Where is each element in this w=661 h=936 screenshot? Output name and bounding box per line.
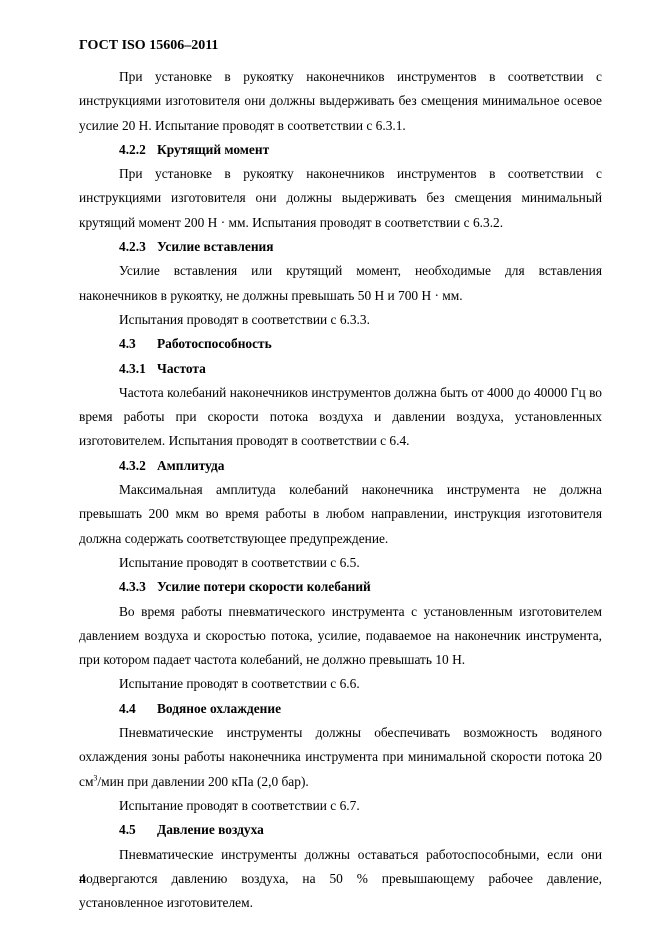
paragraph-water-cooling: Пневматические инструменты должны обеспе… <box>79 721 602 794</box>
document-header: ГОСТ ISO 15606–2011 <box>79 36 602 56</box>
paragraph: Максимальная амплитуда колебаний наконеч… <box>79 478 602 551</box>
paragraph: Частота колебаний наконечников инструмен… <box>79 381 602 454</box>
paragraph: Испытание проводят в соответствии с 6.6. <box>79 672 602 696</box>
paragraph: Испытание проводят в соответствии с 6.7. <box>79 794 602 818</box>
section-title: Амплитуда <box>157 458 224 473</box>
section-title: Работоспособность <box>157 336 272 351</box>
section-heading-4-3: 4.3Работоспособность <box>79 332 602 356</box>
section-number: 4.3 <box>119 332 157 356</box>
section-heading-4-2-3: 4.2.3Усилие вставления <box>79 235 602 259</box>
paragraph-text: Пневматические инструменты должны обеспе… <box>79 725 602 764</box>
section-number: 4.4 <box>119 697 157 721</box>
section-heading-4-2-2: 4.2.2Крутящий момент <box>79 138 602 162</box>
section-number: 4.3.1 <box>119 357 157 381</box>
section-heading-4-5: 4.5Давление воздуха <box>79 818 602 842</box>
paragraph: Во время работы пневматического инструме… <box>79 600 602 673</box>
section-heading-4-3-3: 4.3.3Усилие потери скорости колебаний <box>79 575 602 599</box>
document-page: ГОСТ ISO 15606–2011 При установке в руко… <box>79 36 602 915</box>
section-number: 4.5 <box>119 818 157 842</box>
section-title: Частота <box>157 361 206 376</box>
section-title: Крутящий момент <box>157 142 269 157</box>
section-heading-4-3-1: 4.3.1Частота <box>79 357 602 381</box>
page-number: 4 <box>79 869 86 889</box>
section-number: 4.2.2 <box>119 138 157 162</box>
paragraph: При установке в рукоятку наконечников ин… <box>79 162 602 235</box>
section-number: 4.3.2 <box>119 454 157 478</box>
section-heading-4-3-2: 4.3.2Амплитуда <box>79 454 602 478</box>
paragraph-tail: /мин при давлении 200 кПа (2,0 бар). <box>97 774 308 789</box>
paragraph: При установке в рукоятку наконечников ин… <box>79 65 602 138</box>
section-title: Усилие вставления <box>157 239 274 254</box>
section-title: Усилие потери скорости колебаний <box>157 579 371 594</box>
section-title: Давление воздуха <box>157 822 264 837</box>
paragraph: Испытание проводят в соответствии с 6.5. <box>79 551 602 575</box>
section-title: Водяное охлаждение <box>157 701 281 716</box>
section-number: 4.2.3 <box>119 235 157 259</box>
paragraph: Пневматические инструменты должны остава… <box>79 843 602 916</box>
section-heading-4-4: 4.4Водяное охлаждение <box>79 697 602 721</box>
section-number: 4.3.3 <box>119 575 157 599</box>
unit-base: см <box>79 774 93 789</box>
paragraph: Усилие вставления или крутящий момент, н… <box>79 259 602 308</box>
paragraph: Испытания проводят в соответствии с 6.3.… <box>79 308 602 332</box>
